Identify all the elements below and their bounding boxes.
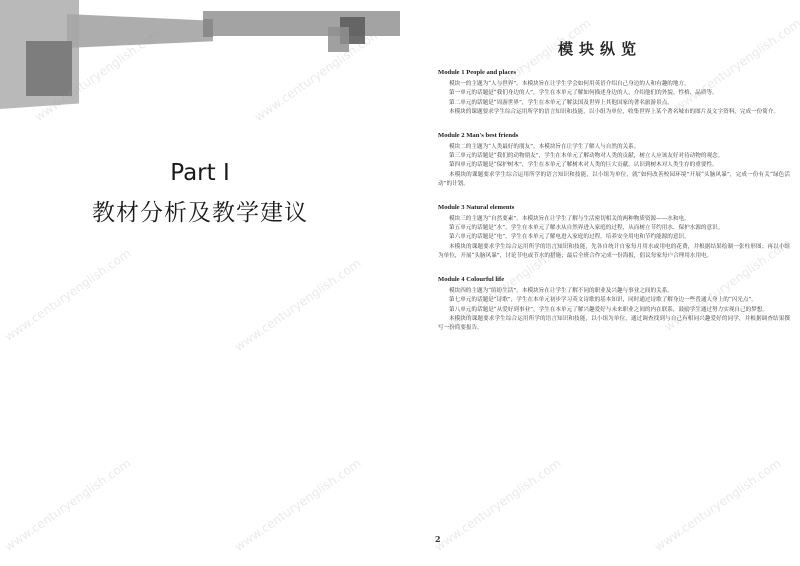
module-paragraph: 本模块的课题要求学生综合运用所学的语言知识和技能，以小组为单位，通过调查找到与自… [438, 315, 790, 334]
part-subtitle: 教材分析及教学建议 [0, 194, 400, 227]
module-paragraph: 第八单元的话题是“从爱好到事业”，学生在本单元了解兴趣爱好与未来职业之间的内在联… [438, 306, 790, 315]
decorative-band [67, 14, 213, 48]
book-spread: Part I 教材分析及教学建议 模块纵览 Module 1 People an… [0, 0, 800, 566]
module-paragraph: 第五单元的话题是“水”，学生在本单元了解水从自然界进入家庭的过程，从而树立节约用… [438, 224, 790, 233]
module-3: Module 3 Natural elements 模块三的主题为“自然要素”。… [438, 204, 790, 262]
right-page: 模块纵览 Module 1 People and places 模块一的主题为“… [400, 0, 800, 566]
module-list: Module 1 People and places 模块一的主题为“人与世界”… [438, 69, 790, 348]
module-paragraph: 模块一的主题为“人与世界”。本模块旨在让学生学会如何用英语介绍自己身边的人和有趣… [438, 80, 790, 89]
module-paragraph: 第七单元的话题是“诗歌”，学生在本单元初步学习英文诗歌的基本知识，同时通过诗歌了… [438, 296, 790, 305]
module-paragraph: 本模块的课题要求学生综合运用所学的语言知识和技能，先各自统计自家每月用水或用电的… [438, 243, 790, 262]
decorative-bar [203, 11, 400, 36]
module-paragraph: 本模块的课题要求学生综合运用所学的语言知识和技能，以小组为单位，就“如何改善校园… [438, 171, 790, 190]
left-page: Part I 教材分析及教学建议 [0, 0, 400, 566]
module-paragraph: 模块三的主题为“自然要素”。本模块旨在让学生了解与生活密切相关的两种物质资源——… [438, 215, 790, 224]
decorative-square [26, 41, 72, 96]
module-heading: Module 3 Natural elements [438, 204, 790, 211]
module-paragraph: 模块四的主题为“缤纷生活”。本模块旨在让学生了解不同的职业及兴趣与事业之间的关系… [438, 287, 790, 296]
decorative-overlap [203, 19, 213, 37]
module-heading: Module 1 People and places [438, 69, 790, 76]
module-paragraph: 第二单元的话题是“周游世界”，学生在本单元了解法国及世界上其他国家的著名旅游景点… [438, 99, 790, 108]
module-heading: Module 4 Colourful life [438, 276, 790, 283]
module-paragraph: 第一单元的话题是“我们身边的人”，学生在本单元了解如何描述身边的人，介绍他们的外… [438, 89, 790, 98]
page-number: 2 [435, 534, 441, 544]
module-4: Module 4 Colourful life 模块四的主题为“缤纷生活”。本模… [438, 276, 790, 334]
decorative-square-small [328, 27, 349, 52]
module-paragraph: 本模块的课题要求学生综合运用所学的语言知识和技能，以小组为单位，收集世界上某个著… [438, 108, 790, 117]
module-paragraph: 第三单元的话题是“我们的动物朋友”，学生在本单元了解动物对人类的贡献，树立人应该… [438, 152, 790, 161]
module-1: Module 1 People and places 模块一的主题为“人与世界”… [438, 69, 790, 118]
module-paragraph: 第四单元的话题是“保护树木”，学生在本单元了解树木对人类的巨大贡献，认识到树木对… [438, 161, 790, 170]
module-2: Module 2 Man's best friends 模块二的主题为“人类最好… [438, 132, 790, 190]
part-title: Part I [0, 160, 400, 186]
page-title: 模块纵览 [400, 38, 800, 59]
module-paragraph: 第六单元的话题是“电”，学生在本单元了解电进入家庭的过程，培养安全用电和节约能源… [438, 233, 790, 242]
module-paragraph: 模块二的主题为“人类最好的朋友”。本模块旨在让学生了解人与自然的关系。 [438, 143, 790, 152]
module-heading: Module 2 Man's best friends [438, 132, 790, 139]
